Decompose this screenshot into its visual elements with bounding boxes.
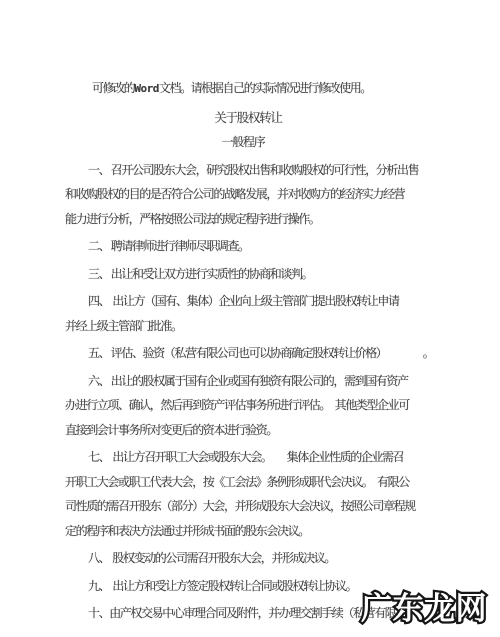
body-line: 四、 出让方（国有、集体）企业向上级主管部门提出股权转让申请 (88, 289, 500, 314)
intro-line: 可修改的Word文档。请根据自己的实际情况进行修改使用。 (92, 76, 500, 102)
intro-word-label: Word (134, 82, 159, 95)
body-line: 六、 出让的股权属于国有企业或国有独资有限公司的，需到国有资产 (88, 369, 500, 394)
page-subtitle: 一般程序 (0, 130, 493, 155)
site-watermark: 广东龙网 (361, 591, 487, 627)
body-line: 办进行立项、确认，然后再到资产评估事务所进行评估。 其他类型企业可 (65, 393, 500, 418)
body-line: 二、 聘请律师进行律师尽职调查。 (88, 234, 500, 259)
body-line: 直接到会计事务所对变更后的资本进行验资。 (65, 418, 500, 443)
body-line: 开职工大会或职工代表大会，按《工会法》条例形成职代会决议。 有限公 (65, 470, 500, 495)
body-line: 五、 评估、验资（私营有限公司也可以协商确定股权转让价格） 。 (88, 341, 500, 366)
body-line: 并经上级主管部门批准。 (65, 314, 500, 339)
intro-prefix: 可修改的 (92, 81, 134, 95)
body-line: 司性质的需召开股东（部分）大会，并形成股东大会决议，按照公司章程规 (65, 494, 500, 519)
intro-suffix: 文档。请根据自己的实际情况进行修改使用。 (159, 81, 371, 95)
page-title: 关于股权转让 (0, 106, 498, 131)
document-page: 可修改的Word文档。请根据自己的实际情况进行修改使用。 关于股权转让 一般程序… (0, 0, 500, 637)
body-line: 和收购股权的目的是否符合公司的战略发展，并对收购方的经济实力经营 (65, 182, 500, 207)
body-line: 七、 出让方召开职工大会或股东大会。 集体企业性质的企业需召 (88, 445, 500, 470)
document-content: 可修改的Word文档。请根据自己的实际情况进行修改使用。 关于股权转让 一般程序… (0, 0, 500, 626)
body-line: 定的程序和表决方法通过并形成书面的股东会决议。 (65, 519, 500, 544)
body-line: 三、 出让和受让双方进行实质性的协商和谈判。 (88, 262, 500, 287)
body-line: 能力进行分析，严格按照公司法的规定程序进行操作。 (65, 207, 500, 232)
body-line: 一、 召开公司股东大会，研究股权出售和收购股权的可行性，分析出售 (88, 158, 500, 183)
body-line: 八、 股权变动的公司需召开股东大会，并形成决议。 (88, 546, 500, 571)
